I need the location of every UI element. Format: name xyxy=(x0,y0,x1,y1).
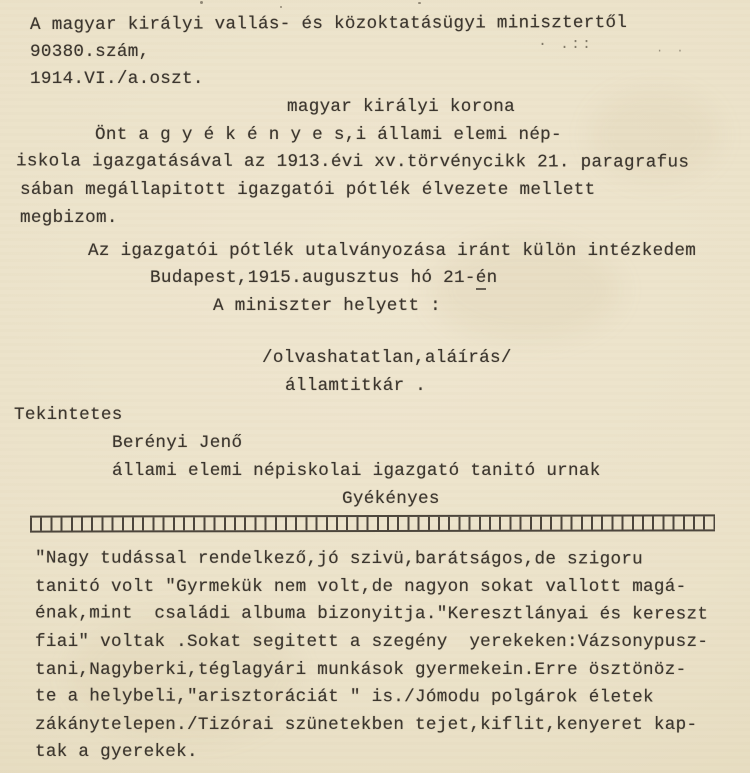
body-line-4: megbizom. xyxy=(20,207,118,229)
quote-line-4: fiai" voltak .Sokat segitett a szegény y… xyxy=(35,631,708,653)
ink-speck xyxy=(280,6,282,8)
stray-ink-marks: · · xyxy=(656,44,687,58)
quote-line-2: tanitó volt "Gyrmekük nem volt,de nagyon… xyxy=(35,576,686,598)
body-line-1: Önt a g y é k é n y e s,i állami elemi n… xyxy=(95,124,562,146)
signature-intro-line: A miniszter helyett : xyxy=(213,295,441,317)
addressee-place-line: Gyékényes xyxy=(342,488,440,510)
typed-box-divider xyxy=(30,514,715,532)
ink-speck xyxy=(418,2,421,4)
department-line: 1914.VI./a.oszt. xyxy=(30,68,204,90)
ink-speck xyxy=(200,1,203,4)
quote-line-6: te a helybeli,"arisztoráciát " is./Jómod… xyxy=(35,685,654,708)
sender-line: A magyar királyi vallás- és közoktatásüg… xyxy=(30,12,627,36)
overstrike-underline xyxy=(476,288,486,290)
addressee-name-line: Berényi Jenő xyxy=(112,432,242,454)
file-number-line: 90380.szám, xyxy=(30,41,149,63)
heading-korona-line: magyar királyi korona xyxy=(287,96,515,118)
quote-line-7: zákánytelepen./Tizórai szünetekben tejet… xyxy=(35,714,697,736)
order-line: Az igazgatói pótlék utalványozása iránt … xyxy=(88,240,696,262)
body-line-2: iskola igazgatásával az 1913.évi xv.törv… xyxy=(16,150,689,173)
illegible-signature-line: /olvashatatlan,aláírás/ xyxy=(262,347,512,369)
quote-line-3: énak,mint családi albuma bizonyitja."Ker… xyxy=(35,602,708,625)
state-secretary-line: államtitkár . xyxy=(285,375,426,397)
dateline: Budapest,1915.augusztus hó 21-én xyxy=(150,267,497,289)
addressee-salutation-line: Tekintetes xyxy=(14,404,123,426)
addressee-title-line: állami elemi népiskolai igazgató tanitó … xyxy=(112,460,601,482)
body-line-3: sában megállapitott igazgatói pótlék élv… xyxy=(20,179,595,201)
stray-ink-marks: · .:: xyxy=(538,36,593,53)
scanned-letter-page: A magyar királyi vallás- és közoktatásüg… xyxy=(0,0,750,773)
quote-line-8: tak a gyerekek. xyxy=(35,741,198,763)
quote-line-1: "Nagy tudással rendelkező,jó szivü,barát… xyxy=(35,547,643,570)
quote-line-5: tani,Nagyberki,téglagyári munkások gyerm… xyxy=(35,659,686,681)
